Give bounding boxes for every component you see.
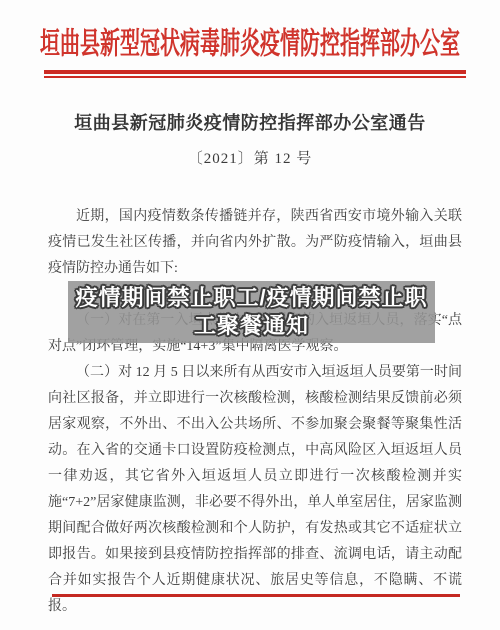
doc-title: 垣曲县新冠肺炎疫情防控指挥部办公室通告 <box>0 109 500 135</box>
watermark-overlay: 疫情期间禁止职工/疫情期间禁止职 工聚餐通知 <box>68 281 435 343</box>
red-double-rule <box>44 70 466 78</box>
doc-number: 〔2021〕第 12 号 <box>0 147 500 168</box>
paragraph-intro: 近期，国内疫情数条传播链并存，陕西省西安市境外输入关联疫情已发生社区传播，并向省… <box>48 204 462 282</box>
notice-document-page: 垣曲县新型冠状病毒肺炎疫情防控指挥部办公室 垣曲县新冠肺炎疫情防控指挥部办公室通… <box>0 0 500 630</box>
red-header-banner: 垣曲县新型冠状病毒肺炎疫情防控指挥部办公室 <box>0 22 500 67</box>
overlay-title-line1: 疫情期间禁止职工/疫情期间禁止职 <box>75 284 427 312</box>
overlay-title-line2: 工聚餐通知 <box>194 312 309 340</box>
paragraph-item-2: （二）对 12 月 5 日以来所有从西安市入垣返垣人员要第一时间向社区报备，并立… <box>48 360 462 620</box>
doc-body: 近期，国内疫情数条传播链并存，陕西省西安市境外输入关联疫情已发生社区传播，并向省… <box>48 204 462 620</box>
bottom-red-underline <box>52 594 460 597</box>
